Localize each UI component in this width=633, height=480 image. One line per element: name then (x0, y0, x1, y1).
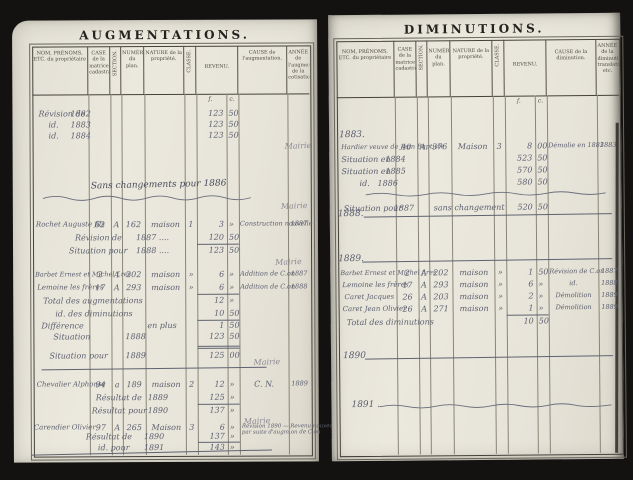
entry-class: 2 (186, 380, 198, 389)
entry-year: 1884 (71, 131, 91, 140)
year-heading: 1890 (343, 351, 366, 361)
entry-year: 1890 (144, 432, 164, 441)
centimes-label: c. (538, 97, 543, 104)
entry-revenue-francs: 123 (197, 131, 224, 140)
sum-rule (197, 348, 239, 349)
entry-plan: 203 (430, 292, 451, 301)
entry-revenue-francs: 6 (506, 280, 533, 289)
entry-revenue-francs: 3 (197, 220, 224, 229)
entry-revenue-cents: » (538, 291, 543, 300)
entry-revenue-cents: 50 (538, 267, 548, 276)
column-header-classe: CLASSE. (184, 46, 196, 94)
entry-revenue-francs: 123 (196, 109, 223, 118)
entry-plan: 293 (123, 283, 144, 292)
entry-label: Résultat de (86, 432, 132, 441)
table-frame (336, 39, 624, 457)
entry-section: a (113, 380, 122, 389)
entry-note: sans changement (434, 203, 505, 213)
column-header-revenu: REVENU. (196, 46, 238, 94)
column-header-case: CASE de la matrice cadastrale (88, 46, 110, 94)
entry-section: A (113, 423, 122, 432)
entry-plan: 265 (124, 423, 145, 432)
column-header-numero: NUMÉRO du plan. (427, 40, 450, 96)
entry-label: Résultat pour (92, 406, 147, 415)
entry-year: 1891 (144, 443, 164, 452)
year-heading: 1888. (338, 209, 364, 219)
entry-cause: Révision de C.on (549, 267, 597, 275)
entry-nature: en plus (147, 321, 176, 330)
entry-class: » (496, 304, 506, 313)
entry-annee: 1889 (290, 379, 310, 387)
entry-revenue-francs: 137 (198, 432, 225, 441)
entry-class: » (495, 268, 505, 277)
entry-revenue-francs: 6 (197, 270, 224, 279)
entry-cause: Construction nouvelle (240, 219, 287, 227)
entry-revenue-cents: 50 (537, 153, 547, 162)
column-header-nature: NATURE de la propriété. (144, 46, 184, 94)
entry-plan: 189 (124, 380, 145, 389)
entry-cause: C. N. (241, 379, 288, 388)
entry-case: 17 (92, 283, 108, 292)
entry-revenue-cents: 50 (229, 332, 239, 341)
entry-revenue-francs: 120 (197, 233, 224, 242)
entry-revenue-cents: 50 (538, 202, 548, 211)
entry-case: 40 (397, 143, 415, 152)
entry-name: Carendier Olivier (34, 423, 96, 431)
entry-case: 2 (398, 269, 416, 278)
sum-rule (197, 346, 239, 347)
entry-nature: maison (454, 280, 493, 289)
sum-rule (197, 244, 239, 245)
entry-revenue-cents: 50 (537, 177, 547, 186)
entry-cause: id. (549, 279, 597, 287)
entry-section: A (112, 270, 121, 279)
margin-note: Mairie (284, 141, 311, 151)
table-row: Barbet Ernest et Michel f.res 2 A 202 ma… (13, 269, 318, 281)
entry-case: 62 (92, 220, 108, 229)
entry-revenue-francs: 12 (197, 296, 224, 305)
entry-revenue-cents: » (230, 380, 235, 389)
margin-note: Mairie (275, 257, 302, 267)
entry-annee: 1889 (600, 303, 620, 311)
entry-annee: 1887 (599, 267, 619, 275)
entry-label: id. (49, 131, 59, 140)
entry-revenue-francs: 125 (197, 351, 224, 360)
entry-class: 1 (185, 220, 197, 229)
entry-nature: maison (455, 304, 494, 313)
entry-nature: maison (147, 220, 184, 229)
entry-label: Situation pour (49, 351, 107, 360)
entry-label: Situation pour (69, 246, 127, 255)
entry-annee: 1887 (289, 219, 309, 227)
sum-rule (197, 294, 239, 295)
entry-revenue-francs: 6 (198, 423, 225, 432)
entry-revenue-francs: 12 (198, 380, 225, 389)
francs-label: f. (208, 96, 212, 103)
entry-section: A (418, 142, 427, 151)
entry-cause: Démolition (550, 303, 598, 311)
scanned-register: AUGMENTATIONS. NOM, PRÉNOMS, ETC. du pro… (0, 0, 633, 480)
entry-year: 1889 (148, 393, 168, 402)
centimes-label: c. (229, 96, 234, 103)
column-header-numero: NUMÉRO du plan. (121, 46, 144, 94)
entry-revenue-cents: 50 (228, 109, 238, 118)
entry-revenue-cents: 50 (228, 120, 238, 129)
table-header: NOM, PRÉNOMS, ETC. du propriétaire CASE … (336, 39, 618, 98)
entry-revenue-cents: » (230, 393, 235, 402)
entry-label: id. des diminutions (55, 309, 132, 318)
entry-label: Révision de (75, 233, 122, 242)
entry-revenue-cents: 50 (229, 309, 239, 318)
entry-plan: 376 (429, 142, 450, 151)
entry-revenue-cents: 00 (537, 141, 547, 150)
entry-annee: 1888 (599, 279, 619, 287)
entry-revenue-cents: » (229, 270, 234, 279)
column-header-nom: NOM, PRÉNOMS, ETC. du propriétaire (32, 46, 88, 94)
entry-nature: Maison (148, 423, 185, 432)
entry-revenue-francs: 580 (505, 178, 532, 187)
entry-label: Différence (41, 321, 83, 330)
entry-nature: maison (454, 268, 493, 277)
entry-nature: maison (147, 283, 184, 292)
entry-annee: 1889 (599, 291, 619, 299)
table-row: Lemoine les frères 17 A 293 maison » 6 »… (13, 282, 318, 294)
entry-revenue-francs: 6 (197, 283, 224, 292)
entry-section: A (112, 220, 121, 229)
table-row: Rochet Auguste fils 62 A 162 maison 1 3 … (13, 219, 318, 231)
entry-revenue-cents: 50 (229, 321, 239, 330)
entry-section: A (419, 292, 428, 301)
entry-revenue-cents: » (229, 283, 234, 292)
table-row: Résultat de 1889 125 » (14, 392, 319, 404)
column-header-revenu: REVENU. (504, 39, 546, 95)
entry-year: 1890 (148, 406, 168, 415)
entry-section: A (420, 304, 429, 313)
entry-year: 1887 .... (136, 233, 169, 242)
year-heading: 1883. (339, 130, 365, 140)
page-title: DIMINUTIONS. (328, 21, 620, 38)
table-row: Situation 1888 123 50 (13, 331, 318, 343)
entry-revenue-francs: 523 (505, 154, 532, 163)
entry-year: 1885 (385, 167, 405, 176)
table-row: id. des diminutions 10 50 (13, 308, 318, 320)
entry-class: » (185, 283, 197, 292)
column-header-section: SECTION. (416, 40, 427, 96)
entry-plan: 162 (123, 220, 144, 229)
entry-cause: Addition de C.on (240, 269, 287, 277)
entry-year: 1884 (385, 155, 405, 164)
entry-case: 26 (398, 293, 416, 302)
column-header-cause: CAUSE de la diminution. (546, 39, 596, 95)
entry-label: id. (359, 179, 369, 188)
entry-revenue-francs: 570 (505, 166, 532, 175)
entry-revenue-francs: 123 (197, 246, 224, 255)
entry-nature: Maison (453, 142, 492, 151)
margin-note: Mairie (253, 357, 280, 367)
entry-revenue-cents: 50 (539, 316, 549, 325)
table-row: Résultat pour 1890 137 » (14, 405, 319, 417)
margin-note: Mairie (281, 201, 308, 211)
entry-class: » (495, 280, 505, 289)
page-diminutions: DIMINUTIONS. NOM, PRÉNOMS, ETC. du propr… (328, 13, 624, 462)
entry-revenue-francs: 10 (507, 316, 534, 325)
entry-plan: 202 (430, 268, 451, 277)
column-header-cause: CAUSE de l'augmentation. (238, 45, 287, 93)
entry-label: Total des augmentations (43, 296, 143, 305)
entry-revenue-francs: 137 (198, 406, 225, 415)
column-header-section: SECTION. (110, 46, 121, 94)
entry-revenue-cents: 50 (229, 246, 239, 255)
year-heading: 1891 . (351, 400, 380, 410)
entry-case: 26 (399, 305, 417, 314)
entry-plan: 202 (123, 270, 144, 279)
page-augmentations: AUGMENTATIONS. NOM, PRÉNOMS, ETC. du pro… (12, 19, 319, 462)
entry-revenue-francs: 2 (506, 292, 533, 301)
entry-revenue-cents: » (539, 303, 544, 312)
entry-annee: 1887 (289, 269, 309, 277)
year-heading: 1889. (338, 254, 364, 264)
entry-annee: 1888 (289, 282, 309, 290)
entry-name: Caret Jean Olivier (343, 305, 407, 314)
entry-revenue-francs: 10 (197, 309, 224, 318)
entry-year: 1882 (70, 109, 90, 118)
entry-label: Total des diminutions (347, 317, 434, 327)
entry-section: A (112, 283, 121, 292)
entry-revenue-cents: » (230, 406, 235, 415)
entry-name: Caret Jacques (344, 293, 394, 301)
column-header-nom: NOM, PRÉNOMS, ETC. du propriétaire (336, 41, 394, 98)
entry-revenue-cents: 00 (229, 351, 239, 360)
table-row: Chevalier Alphonse 94 a 189 maison 2 12 … (14, 379, 319, 391)
column-header-case: CASE de la matrice cadastrale (394, 41, 416, 97)
entry-label: id. (48, 120, 58, 129)
entry-label: Situation (53, 332, 90, 341)
entry-annee: 1883 (598, 141, 618, 149)
entry-label: Situation en (341, 167, 390, 176)
entry-nature: maison (147, 270, 184, 279)
entry-plan: 271 (431, 304, 452, 313)
entry-year: 1883 (70, 120, 90, 129)
entry-revenue-cents: 50 (229, 233, 239, 242)
entry-revenue-cents: 50 (537, 165, 547, 174)
column-header-annee: ANNÉE de la diminution, translation, etc… (596, 39, 618, 95)
entry-label: id. pour (98, 443, 130, 452)
entry-revenue-francs: 8 (505, 142, 532, 151)
column-header-nature: NATURE de la propriété. (450, 40, 492, 96)
entry-revenue-francs: 1 (507, 304, 534, 313)
entry-section: A (419, 268, 428, 277)
table-row: id. pour 1891 143 » (14, 442, 319, 454)
entry-revenue-francs: 123 (196, 120, 223, 129)
entry-class: » (495, 292, 505, 301)
sum-rule (198, 404, 240, 405)
entry-cause: Démolition (549, 291, 597, 299)
entry-cause: Démolie en 1883 (548, 141, 596, 149)
column-header-classe: CLASSE. (492, 40, 504, 96)
entry-class: » (185, 270, 197, 279)
entry-revenue-cents: » (230, 432, 235, 441)
entry-revenue-cents: » (538, 279, 543, 288)
wavy-rule (43, 194, 253, 203)
entry-year: 1889 (125, 351, 145, 360)
entry-case: 94 (93, 380, 109, 389)
entry-class: 3 (494, 142, 504, 151)
table-row: Révision de 1887 .... 120 50 (13, 232, 318, 244)
table-row: id. 1884 123 50 (13, 130, 318, 142)
entry-label: Résultat de (96, 393, 142, 402)
entry-revenue-francs: 520 (506, 203, 533, 212)
entry-nature: maison (454, 292, 493, 301)
entry-cause: Addition de C.on (240, 282, 287, 290)
entry-section: A (419, 280, 428, 289)
column-header-annee: ANNÉE de l'augmentation de la cotisation… (287, 45, 309, 93)
table-row: Total des augmentations 12 » (13, 295, 318, 307)
entry-year: 1886 (377, 179, 397, 188)
entry-revenue-francs: 1 (197, 321, 224, 330)
entry-year: 1888 .... (136, 246, 169, 255)
entry-case: 2 (92, 270, 108, 279)
entry-case: 17 (398, 281, 416, 290)
entry-revenue-cents: » (229, 296, 234, 305)
francs-label: f. (517, 98, 521, 105)
entry-year: 1888 (125, 332, 145, 341)
table-row: Situation pour 1888 .... 123 50 (13, 245, 318, 257)
entry-revenue-cents: 50 (229, 131, 239, 140)
table-header: NOM, PRÉNOMS, ETC. du propriétaire CASE … (32, 45, 309, 95)
entry-revenue-francs: 123 (197, 332, 224, 341)
entry-case: 97 (93, 423, 109, 432)
entry-year: 1887 (394, 204, 414, 213)
entry-class: 3 (186, 423, 198, 432)
entry-nature: maison (148, 380, 185, 389)
entry-revenue-francs: 1 (506, 268, 533, 277)
entry-revenue-francs: 125 (198, 393, 225, 402)
entry-label: Situation en (341, 155, 390, 164)
entry-plan: 293 (430, 280, 451, 289)
entry-revenue-cents: » (229, 220, 234, 229)
entry-revenue-cents: » (230, 423, 235, 432)
page-title: AUGMENTATIONS. (12, 27, 317, 42)
